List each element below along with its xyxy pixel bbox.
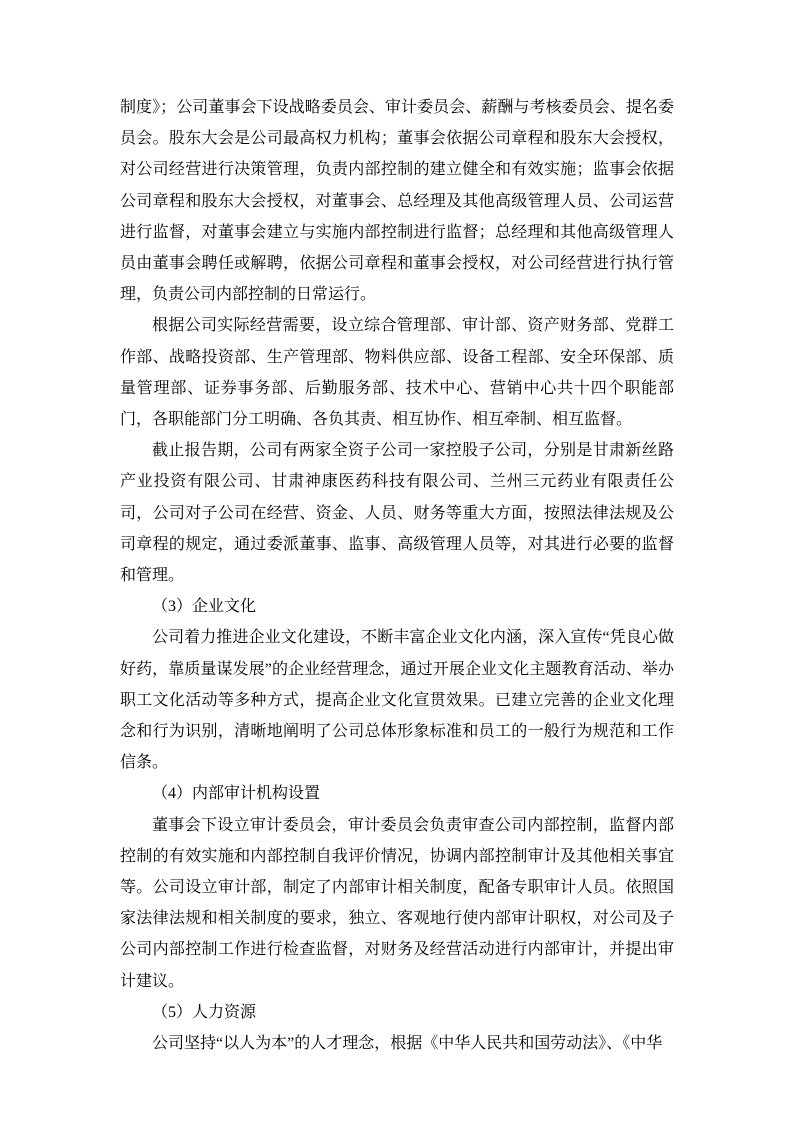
paragraph-subsidiaries: 截止报告期，公司有两家全资子公司一家控股子公司，分别是甘肃新丝路产业投资有限公司… xyxy=(120,435,674,591)
paragraph-human-resources: 公司坚持“以人为本”的人才理念，根据《中华人民共和国劳动法》、《中华 xyxy=(120,1028,674,1059)
paragraph-governance-structure: 制度》；公司董事会下设战略委员会、审计委员会、薪酬与考核委员会、提名委员会。股东… xyxy=(120,92,674,310)
document-body: 制度》；公司董事会下设战略委员会、审计委员会、薪酬与考核委员会、提名委员会。股东… xyxy=(120,92,674,1059)
section-heading-human-resources: （5）人力资源 xyxy=(120,997,674,1028)
paragraph-corporate-culture: 公司着力推进企业文化建设，不断丰富企业文化内涵，深入宣传“凭良心做好药，靠质量谋… xyxy=(120,622,674,778)
paragraph-internal-audit: 董事会下设立审计委员会，审计委员会负责审查公司内部控制，监督内部控制的有效实施和… xyxy=(120,810,674,997)
section-heading-internal-audit: （4）内部审计机构设置 xyxy=(120,778,674,809)
section-heading-corporate-culture: （3）企业文化 xyxy=(120,591,674,622)
paragraph-functional-departments: 根据公司实际经营需要，设立综合管理部、审计部、资产财务部、党群工作部、战略投资部… xyxy=(120,310,674,435)
document-page: 制度》；公司董事会下设战略委员会、审计委员会、薪酬与考核委员会、提名委员会。股东… xyxy=(0,0,793,1122)
